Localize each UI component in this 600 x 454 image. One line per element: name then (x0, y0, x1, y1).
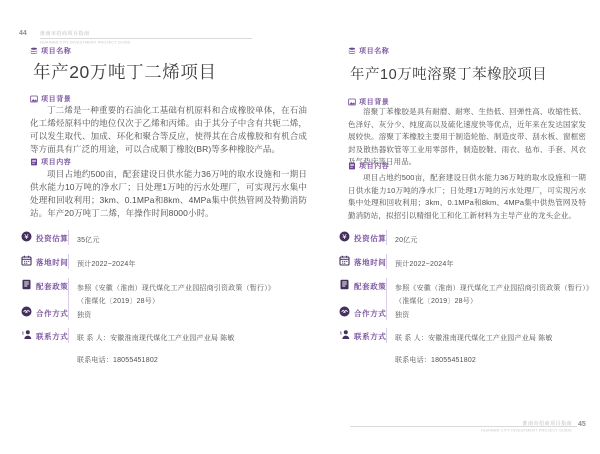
project-name-label: 项目名称 (359, 46, 389, 56)
page-title: 年产20万吨丁二烯项目 (33, 59, 217, 84)
policy-label: 配套政策 (36, 281, 68, 292)
image-icon (348, 98, 356, 106)
project-background-tag: 项目背景 (30, 94, 71, 104)
investment-label: 投资估算 (354, 233, 386, 244)
project-name-tag: 项目名称 (30, 46, 71, 56)
layers-icon (30, 47, 38, 55)
handshake-icon (339, 306, 350, 317)
row-divider (386, 254, 387, 269)
policy-line1: 参照《安徽（淮南）现代煤化工产业园招商引资政策（暂行）》 (395, 285, 593, 292)
page-title: 年产10万吨溶聚丁苯橡胶项目 (350, 63, 547, 84)
content-paragraph: 项目占地约500亩，配套建设日供水能力36万吨的取水设施和一期日供水能力10万吨… (30, 168, 307, 220)
project-page-right: 项目名称 年产10万吨溶聚丁苯橡胶项目 项目背景 溶聚丁苯橡胶是具有耐磨、耐寒、… (348, 0, 588, 454)
contact-phone-value: 联系电话：18055451802 (395, 355, 476, 365)
running-footer-en: HUAINAN CITY INVESTMENT PROJECT GUIDE (465, 428, 572, 433)
running-footer: 淮南市招商项目指南 (522, 420, 572, 427)
project-content-label: 项目内容 (41, 157, 71, 167)
policy-label: 配套政策 (354, 281, 386, 292)
contact-phone-value: 联系电话：18055451802 (77, 355, 158, 365)
page-number-right: 45 (578, 421, 586, 428)
document-icon (348, 162, 356, 170)
policy-value: 参照《安徽（淮南）现代煤化工产业园招商引资政策（暂行）》（淮煤化〔2019〕28… (77, 282, 275, 308)
image-icon (30, 95, 38, 103)
policy-line2: （淮煤化〔2019〕28号） (395, 298, 477, 305)
cooperation-value: 独资 (395, 309, 409, 322)
background-paragraph: 溶聚丁苯橡胶是具有耐磨、耐寒、生热低、回弹性高、收缩性低、色泽好、灰分少、纯度高… (348, 106, 586, 169)
investment-value: 35亿元 (77, 234, 100, 247)
cooperation-value: 独资 (77, 309, 91, 322)
landing-time-label: 落地时间 (354, 257, 386, 268)
cooperation-label: 合作方式 (36, 308, 68, 319)
document-icon (30, 158, 38, 166)
contact-label: 联系方式 (354, 331, 386, 342)
project-content-tag: 项目内容 (348, 161, 389, 171)
landing-time-value: 预计2022~2024年 (395, 258, 454, 271)
row-divider (68, 328, 69, 343)
policy-line2: （淮煤化〔2019〕28号） (77, 298, 159, 305)
policy-file-icon (339, 279, 350, 290)
row-divider (68, 230, 69, 245)
row-divider (386, 305, 387, 320)
landing-time-label: 落地时间 (36, 257, 68, 268)
coin-icon: ¥ (339, 231, 350, 242)
running-title-en: HUAINAN CITY INVESTMENT PROJECT GUIDE (481, 428, 572, 432)
landing-time-value: 预计2022~2024年 (77, 258, 136, 271)
row-divider (386, 230, 387, 245)
row-divider (386, 328, 387, 343)
content-paragraph: 项目占地约500亩，配套建设日供水能力36万吨的取水设施和一期日供水能力10万吨… (348, 172, 586, 222)
project-content-tag: 项目内容 (30, 157, 71, 167)
row-divider (68, 278, 69, 305)
policy-line1: 参照《安徽（淮南）现代煤化工产业园招商引资政策（暂行）》 (77, 285, 275, 292)
cooperation-label: 合作方式 (354, 308, 386, 319)
row-divider (68, 305, 69, 320)
handshake-icon (21, 306, 32, 317)
layers-icon (348, 47, 356, 55)
project-name-tag: 项目名称 (348, 46, 389, 56)
brochure-spread: 44 淮南市招商项目指南 HUAINAN CITY INVESTMENT PRO… (0, 0, 600, 454)
project-background-label: 项目背景 (41, 94, 71, 104)
calendar-icon (21, 255, 32, 266)
investment-label: 投资估算 (36, 233, 68, 244)
coin-icon: ¥ (21, 231, 32, 242)
policy-file-icon (21, 279, 32, 290)
contact-person-value: 联 系 人：安徽淮南现代煤化工产业园产业局 陈敏 (77, 332, 235, 345)
background-paragraph: 丁二烯是一种重要的石油化工基础有机原料和合成橡胶单体，在石油化工烯烃原料中的地位… (30, 104, 307, 156)
row-divider (68, 254, 69, 269)
project-content-label: 项目内容 (359, 161, 389, 171)
project-name-label: 项目名称 (41, 46, 71, 56)
person-icon (339, 329, 350, 340)
investment-value: 20亿元 (395, 234, 418, 247)
contact-person-value: 联 系 人：安徽淮南现代煤化工产业园产业局 陈敏 (395, 332, 553, 345)
page-number-left: 44 (19, 30, 27, 37)
project-page-left: 项目名称 年产20万吨丁二烯项目 项目背景 丁二烯是一种重要的石油化工基础有机原… (30, 0, 307, 454)
row-divider (386, 278, 387, 305)
person-icon (21, 329, 32, 340)
contact-label: 联系方式 (36, 331, 68, 342)
policy-value: 参照《安徽（淮南）现代煤化工产业园招商引资政策（暂行）》（淮煤化〔2019〕28… (395, 282, 593, 308)
running-title-cn: 淮南市招商项目指南 (522, 420, 572, 427)
calendar-icon (339, 255, 350, 266)
